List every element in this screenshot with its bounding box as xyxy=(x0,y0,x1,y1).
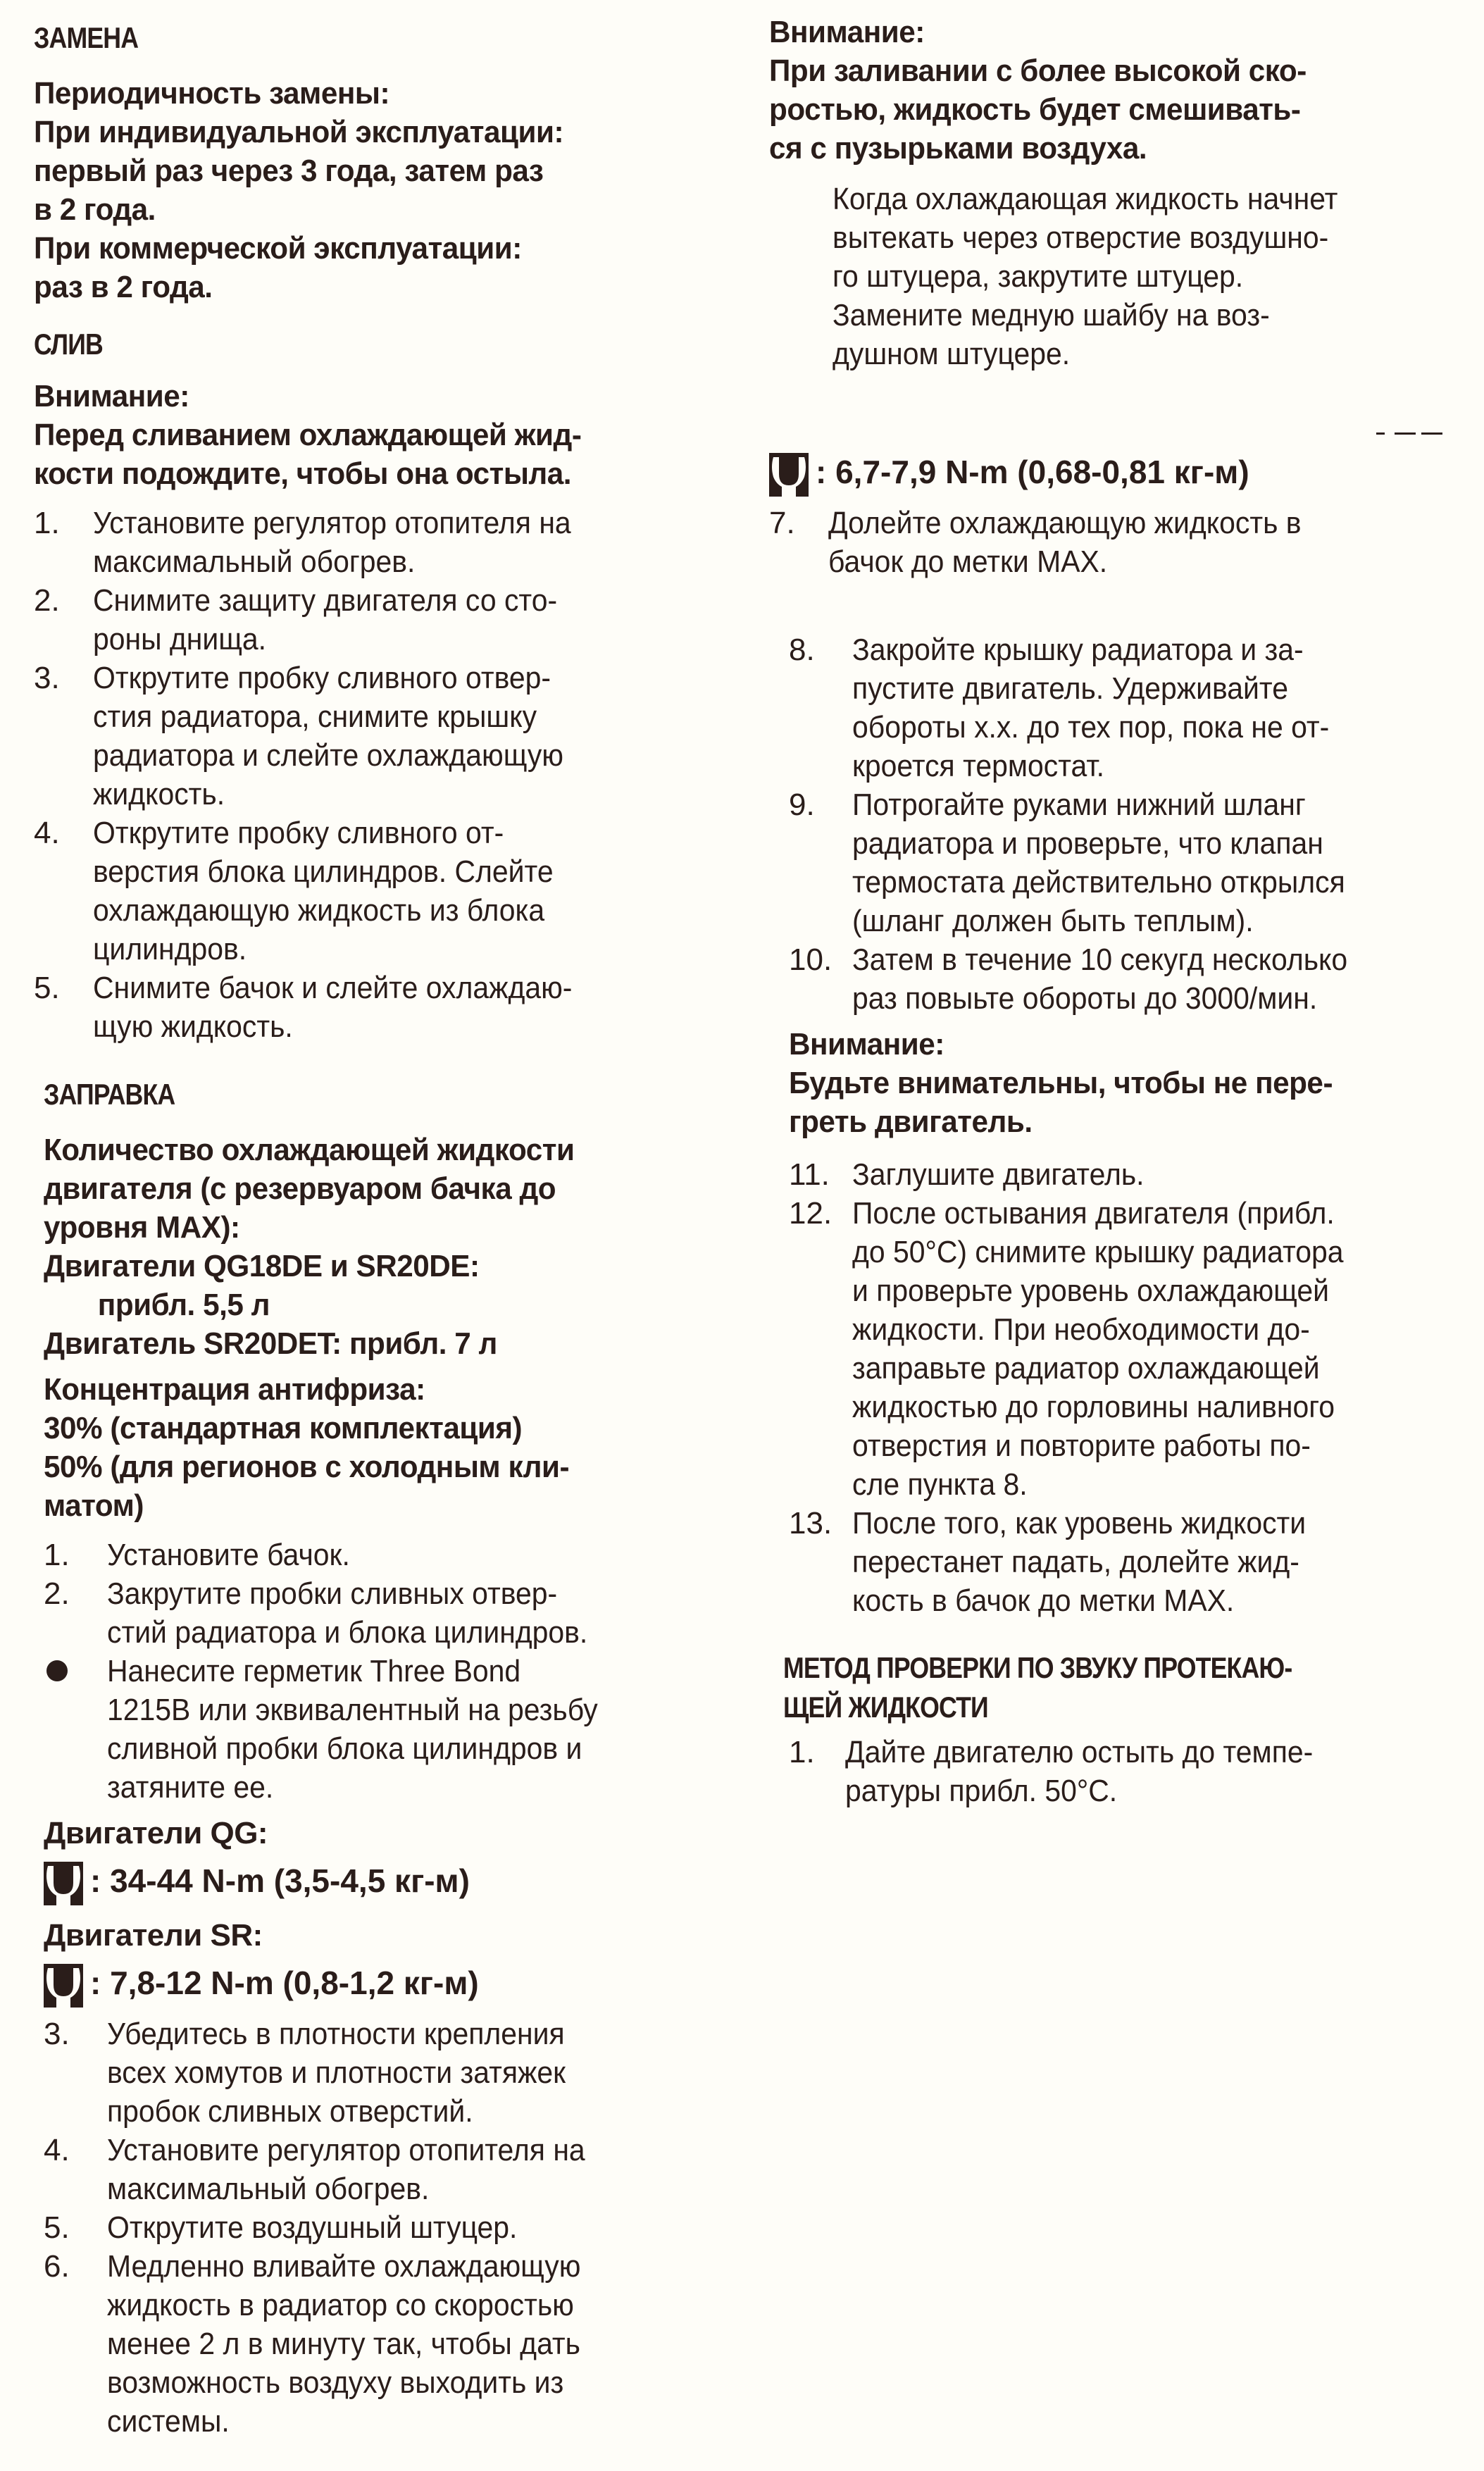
antifreeze-concentration: Концентрация антифриза: 30% (стандартная… xyxy=(44,1370,591,1525)
torque-wrench-icon xyxy=(769,453,809,497)
step-number: 6. xyxy=(44,2247,100,2286)
step-text: Медленно вливайте охлаждающуюжидкость в … xyxy=(107,2247,616,2441)
section-heading-replacement: ЗАМЕНА xyxy=(34,21,138,55)
section-heading-refill: ЗАПРАВКА xyxy=(44,1078,175,1112)
step-number: 5. xyxy=(44,2208,100,2247)
step-text: Открутите пробку сливного отвер-стия рад… xyxy=(93,659,599,814)
step-text: Открутите воздушный штуцер. xyxy=(107,2208,548,2247)
air-bleeder-torque-spec: : 6,7-7,9 N-m (0,68-0,81 кг-м) xyxy=(769,451,1249,497)
step-text: Снимите защиту двигателя со сто-роны дни… xyxy=(93,581,592,659)
step-number: 1. xyxy=(789,1733,845,1772)
torque-wrench-icon xyxy=(44,1964,83,2008)
step-text: Когда охлаждающая жидкость начнетвытекат… xyxy=(833,180,1376,296)
step-text: Затем в течение 10 секугд несколькораз п… xyxy=(852,940,1385,1018)
step-text: Открутите пробку сливного от-верстия бло… xyxy=(93,814,588,969)
step-text: Долейте охлаждающую жидкость вбачок до м… xyxy=(828,504,1337,581)
step-number: 9. xyxy=(789,785,845,824)
step-number: 12. xyxy=(789,1194,845,1233)
fill-rate-caution: Внимание: При заливании с более высокой … xyxy=(769,13,1329,168)
step-number: 3. xyxy=(34,659,90,697)
step-text: Установите бачок. xyxy=(107,1536,368,1574)
step-text: После того, как уровень жидкостиперестан… xyxy=(852,1504,1340,1620)
section-heading-leak-check: МЕТОД ПРОВЕРКИ ПО ЗВУКУ ПРОТЕКАЮ- ЩЕЙ ЖИ… xyxy=(783,1648,1292,1727)
step-number: 13. xyxy=(789,1504,845,1543)
step-number: 11. xyxy=(789,1155,845,1194)
step-number: 7. xyxy=(769,504,825,542)
step-number: 4. xyxy=(34,814,90,852)
step-number: 3. xyxy=(44,2015,100,2053)
step-number: 2. xyxy=(44,1574,100,1613)
step-text: Снимите бачок и слейте охлаждаю-щую жидк… xyxy=(93,969,609,1046)
step-text: Нанесите герметик Three Bond1215B или эк… xyxy=(107,1652,635,1807)
step-text: Потрогайте руками нижний шланградиатора … xyxy=(852,785,1382,940)
step-text: Закройте крышку радиатора и за-пустите д… xyxy=(852,630,1365,785)
step-text: Замените медную шайбу на воз-душном штуц… xyxy=(833,296,1302,373)
qg-engines-label: Двигатели QG: xyxy=(44,1814,268,1853)
step-number: 2. xyxy=(34,581,90,620)
bullet-icon xyxy=(46,1660,68,1681)
step-text: Заглушите двигатель. xyxy=(852,1155,1166,1194)
step-text: Установите регулятор отопителя намаксима… xyxy=(107,2131,621,2208)
step-number: 8. xyxy=(789,630,845,669)
drain-caution: Внимание: Перед сливанием охлаждающей жи… xyxy=(34,377,604,493)
coolant-capacity: Количество охлаждающей жидкости двигател… xyxy=(44,1131,597,1363)
step-number: 10. xyxy=(789,940,845,979)
step-number: 1. xyxy=(34,504,90,542)
torque-wrench-icon xyxy=(44,1862,83,1905)
qg-torque-spec: : 34-44 N-m (3,5-4,5 кг-м) xyxy=(44,1860,470,1905)
divider-dash xyxy=(1395,432,1416,435)
divider-dash xyxy=(1376,432,1385,435)
sr-torque-spec: : 7,8-12 N-m (0,8-1,2 кг-м) xyxy=(44,1962,479,2008)
divider-dash xyxy=(1421,432,1442,435)
replacement-interval: Периодичность замены: При индивидуальной… xyxy=(34,74,585,306)
overheat-caution: Внимание: Будьте внимательны, чтобы не п… xyxy=(789,1025,1355,1141)
step-number: 4. xyxy=(44,2131,100,2170)
step-text: Установите регулятор отопителя намаксима… xyxy=(93,504,607,581)
section-heading-drain: СЛИВ xyxy=(34,328,103,361)
step-number: 5. xyxy=(34,969,90,1007)
step-text: Дайте двигателю остыть до темпе-ратуры п… xyxy=(845,1733,1348,1810)
step-text: Закрутите пробки сливных отвер-стий ради… xyxy=(107,1574,624,1652)
sr-engines-label: Двигатели SR: xyxy=(44,1916,263,1955)
step-text: После остывания двигателя (прибл.до 50°C… xyxy=(852,1194,1380,1504)
step-text: Убедитесь в плотности креплениявсех хому… xyxy=(107,2015,600,2131)
step-number: 1. xyxy=(44,1536,100,1574)
